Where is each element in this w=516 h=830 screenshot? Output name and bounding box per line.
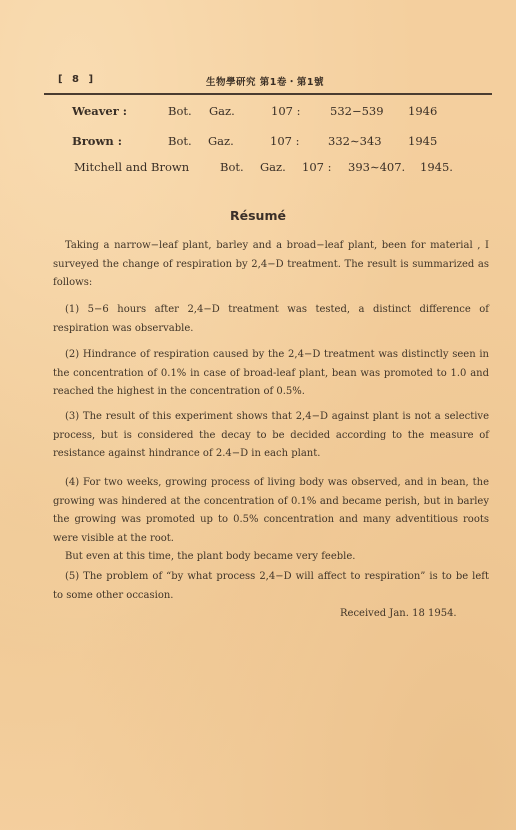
paragraph-2: (2) Hindrance of respiration caused by t… [53,346,489,402]
finding-5: (5) The problem of “by what process 2,4−… [53,568,489,605]
finding-4: (4) For two weeks, growing process of li… [53,474,489,567]
running-header: [ 8 ] 生物學研究 第1卷・第1號 [44,70,494,92]
reference-pages: 532−539 [330,104,384,118]
document-page: [ 8 ] 生物學研究 第1卷・第1號 Weaver : Bot. Gaz. 1… [0,0,516,830]
reference-item: Mitchell and Brown Bot. Gaz. 107 : 393∼4… [74,160,494,176]
paragraph-4b: But even at this time, the plant body be… [53,548,489,567]
reference-journal: Bot. [220,160,244,174]
reference-volume: 107 : [271,104,300,118]
reference-item: Weaver : Bot. Gaz. 107 : 532−539 1946 [72,104,492,120]
reference-author: Weaver : [72,104,127,118]
header-divider [44,93,492,95]
finding-2: (2) Hindrance of respiration caused by t… [53,346,489,402]
reference-year: 1945 [408,134,437,148]
reference-journal-abbr: Gaz. [209,104,235,118]
paragraph-4: (4) For two weeks, growing process of li… [53,474,489,548]
journal-title: 生物學研究 第1卷・第1號 [206,74,324,88]
reference-year: 1946 [408,104,437,118]
page-number: [ 8 ] [58,74,96,85]
reference-item: Brown : Bot. Gaz. 107 : 332∼343 1945 [72,134,492,150]
reference-author: Mitchell and Brown [74,160,189,174]
reference-year: 1945. [420,160,453,174]
reference-volume: 107 : [270,134,299,148]
reference-journal-abbr: Gaz. [260,160,286,174]
intro-paragraph: Taking a narrow−leaf plant, barley and a… [53,237,489,293]
reference-journal-abbr: Gaz. [208,134,234,148]
reference-pages: 393∼407. [348,160,405,174]
reference-pages: 332∼343 [328,134,382,148]
paragraph-3: (3) The result of this experiment shows … [53,408,489,464]
finding-1: (1) 5−6 hours after 2,4−D treatment was … [53,301,489,338]
paragraph-intro: Taking a narrow−leaf plant, barley and a… [53,237,489,293]
paragraph-5: (5) The problem of “by what process 2,4−… [53,568,489,605]
finding-3: (3) The result of this experiment shows … [53,408,489,464]
received-date: Received Jan. 18 1954. [340,608,457,619]
reference-journal: Bot. [168,104,192,118]
reference-author: Brown : [72,134,122,148]
reference-journal: Bot. [168,134,192,148]
paragraph-1: (1) 5−6 hours after 2,4−D treatment was … [53,301,489,338]
section-title: Résumé [0,208,516,223]
reverse-side-show-through [100,650,480,770]
reference-volume: 107 : [302,160,331,174]
